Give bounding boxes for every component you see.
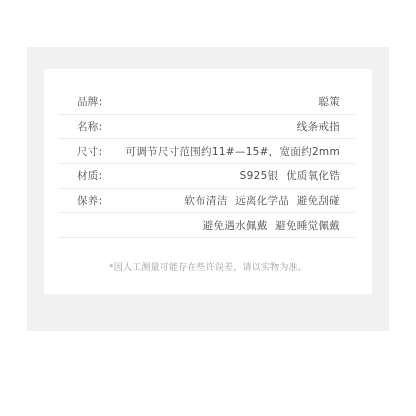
measurement-disclaimer: *因人工测量可能存在些许误差，请以实物为准。	[44, 260, 372, 273]
spec-row-name: 名称: 线条戒指	[58, 115, 355, 140]
spec-row-size: 尺寸: 可调节尺寸范围约11#—15#，宽面约2mm	[58, 139, 355, 164]
spec-value: 避免遇水佩戴 避免睡觉佩戴	[203, 218, 340, 233]
spec-row-brand: 品牌: 聪策	[58, 90, 355, 115]
spec-value: 可调节尺寸范围约11#—15#，宽面约2mm	[125, 144, 340, 159]
spec-label: 尺寸:	[77, 144, 102, 159]
spec-label: 材质:	[77, 168, 102, 183]
spec-row-care: 保养: 软布清洁 远离化学品 避免刮碰	[58, 189, 355, 214]
spec-label: 保养:	[77, 193, 102, 208]
spec-label: 名称:	[77, 119, 102, 134]
spec-table: 品牌: 聪策 名称: 线条戒指 尺寸: 可调节尺寸范围约11#—15#，宽面约2…	[58, 90, 355, 238]
spec-row-care-continued: 避免遇水佩戴 避免睡觉佩戴	[58, 213, 355, 238]
spec-label: 品牌:	[77, 94, 102, 109]
spec-value: 线条戒指	[297, 119, 340, 134]
spec-row-material: 材质: S925银 优质氧化锆	[58, 164, 355, 189]
spec-value: 聪策	[318, 94, 340, 109]
spec-value: S925银 优质氧化锆	[240, 168, 340, 183]
spec-value: 软布清洁 远离化学品 避免刮碰	[184, 193, 340, 208]
